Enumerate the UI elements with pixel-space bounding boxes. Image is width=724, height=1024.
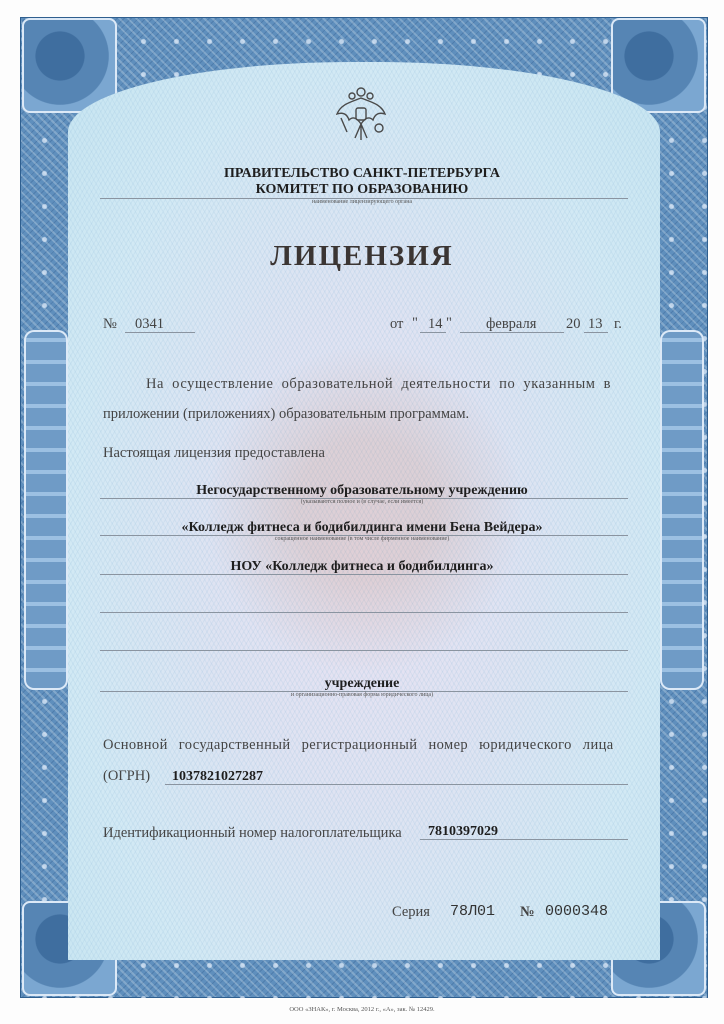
- issuer-caption: наименование лицензирующего органа: [0, 199, 724, 205]
- number-label: №: [103, 316, 117, 333]
- number-underline: [125, 332, 195, 333]
- serial-number: 0000348: [545, 903, 608, 920]
- month-underline: [460, 332, 564, 333]
- purpose-line1: На осуществление образовательной деятель…: [146, 376, 611, 393]
- inn-label: Идентификационный номер налогоплательщик…: [103, 825, 402, 842]
- document-title: ЛИЦЕНЗИЯ: [0, 240, 724, 273]
- blank-line1: [100, 612, 628, 613]
- quote-open: ": [412, 315, 418, 332]
- side-ornament-left: [24, 330, 68, 690]
- coat-of-arms-watermark-icon: [205, 345, 525, 675]
- ogrn-underline: [165, 784, 628, 785]
- side-ornament-right: [660, 330, 704, 690]
- date-year-prefix: 20: [566, 316, 581, 333]
- caption-short-name: сокращенное наименование (в том числе фи…: [0, 536, 724, 542]
- issuer-name-line1: ПРАВИТЕЛЬСТВО САНКТ-ПЕТЕРБУРГА: [0, 166, 724, 182]
- date-year-suffix: 13: [588, 316, 603, 333]
- legal-form: учреждение: [0, 676, 724, 692]
- issuer-name-line2: КОМИТЕТ ПО ОБРАЗОВАНИЮ: [0, 182, 724, 198]
- inn-value: 7810397029: [428, 824, 498, 840]
- inn-underline: [420, 839, 628, 840]
- coat-of-arms-icon: [333, 84, 389, 142]
- quote-close: ": [446, 315, 452, 332]
- license-number: 0341: [135, 316, 164, 333]
- caption-full-name: (указываются полное и (в случае, если им…: [0, 499, 724, 505]
- purpose-line2: приложении (приложениях) образовательным…: [103, 406, 469, 423]
- ogrn-label-line2: (ОГРН): [103, 768, 150, 785]
- ogrn-value: 1037821027287: [172, 769, 263, 785]
- blank-line2: [100, 650, 628, 651]
- licensee-full-name-line2: «Колледж фитнеса и бодибилдинга имени Бе…: [0, 520, 724, 536]
- printer-imprint: ООО «ЗНАК», г. Москва, 2012 г., «А», зак…: [0, 1006, 724, 1013]
- day-underline: [420, 332, 446, 333]
- series-label: Серия: [392, 904, 430, 921]
- serial-number-label: №: [520, 904, 535, 921]
- ogrn-label-line1: Основной государственный регистрационный…: [103, 737, 614, 754]
- year-underline: [584, 332, 608, 333]
- caption-legal-form: и организационно-правовая форма юридичес…: [0, 692, 724, 698]
- licensee-short-name: НОУ «Колледж фитнеса и бодибилдинга»: [0, 559, 724, 575]
- date-day: 14: [428, 316, 443, 333]
- date-year-label: г.: [614, 316, 622, 333]
- date-month: февраля: [486, 316, 536, 333]
- licensee-underline3: [100, 574, 628, 575]
- series-value: 78Л01: [450, 903, 495, 920]
- granted-to-label: Настоящая лицензия предоставлена: [103, 445, 325, 462]
- date-from-label: от: [390, 316, 403, 333]
- licensee-full-name-line1: Негосударственному образовательному учре…: [0, 483, 724, 499]
